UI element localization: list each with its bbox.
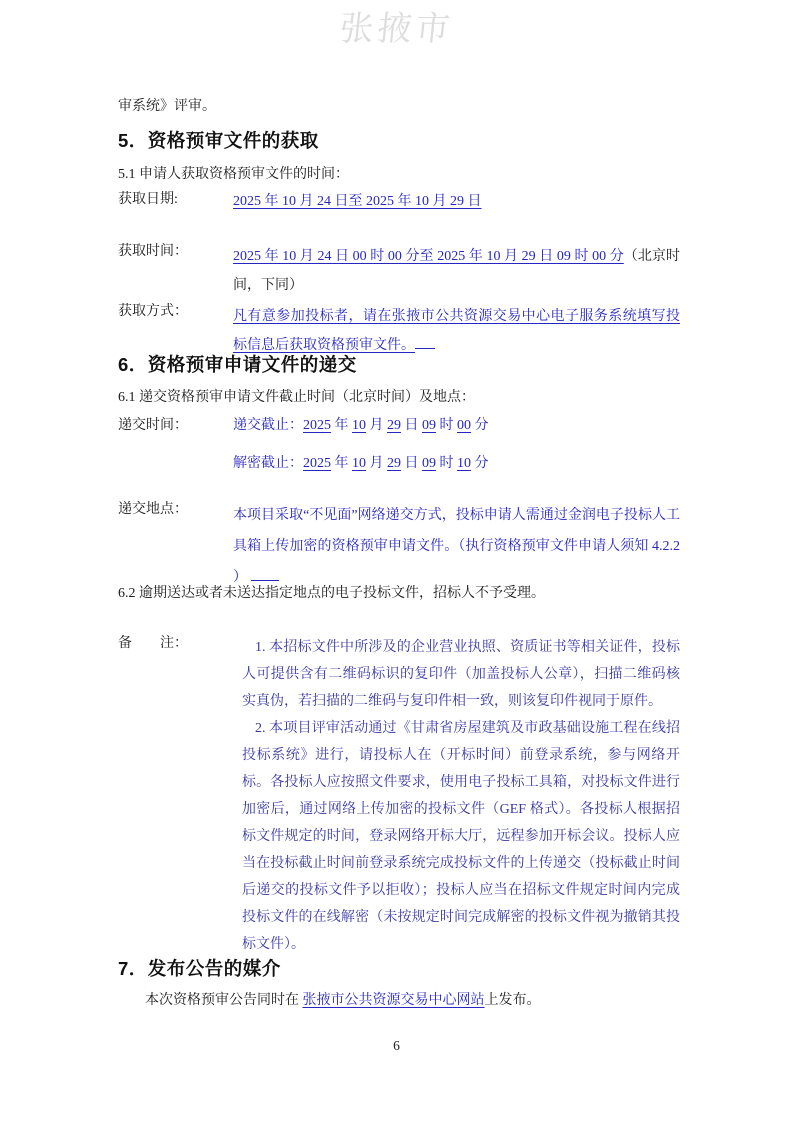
acquire-date-row: 获取日期: 2025 年 10 月 24 日至 2025 年 10 月 29 日 [118, 190, 680, 210]
remarks-label: 备 注： [118, 634, 242, 654]
remarks-row: 备 注： 1. 本招标文件中所涉及的企业营业执照、资质证书等相关证件，投标人可提… [118, 634, 680, 958]
acquire-date-label: 获取日期: [118, 190, 233, 210]
section-5-heading: 5．资格预审文件的获取 [118, 129, 319, 153]
deadline-segment: 09 [422, 456, 436, 471]
deadline-segment: 10 [352, 418, 366, 433]
deadline-segment: 月 [366, 418, 387, 433]
page-number: 6 [0, 1038, 793, 1054]
acquire-time-row: 获取时间： 2025 年 10 月 24 日 00 时 00 分至 2025 年… [118, 242, 680, 300]
submit-deadline-row: 递交时间： 递交截止：2025 年 10 月 29 日 09 时 00 分 [118, 416, 680, 436]
deadline-segment: 29 [387, 456, 401, 471]
acquire-date-range: 2025 年 10 月 24 日至 2025 年 10 月 29 日 [233, 194, 482, 209]
deadline-segment: 日 [401, 456, 422, 471]
remarks-list: 1. 本招标文件中所涉及的企业营业执照、资质证书等相关证件，投标人可提供含有二维… [242, 634, 680, 958]
deadline-segment: 分 [471, 456, 489, 471]
submit-deadline-value: 递交截止：2025 年 10 月 29 日 09 时 00 分 [233, 416, 680, 436]
deadline-segment: 日 [401, 418, 422, 433]
deadline-segment: 年 [331, 456, 352, 471]
acquire-method-text: 凡有意参加投标者，请在张掖市公共资源交易中心电子服务系统填写投标信息后获取资格预… [233, 309, 680, 353]
watermark-text: 张掖市 [0, 10, 793, 50]
remark-item: 1. 本招标文件中所涉及的企业营业执照、资质证书等相关证件，投标人可提供含有二维… [242, 634, 680, 715]
deadline-segment: 分 [471, 418, 489, 433]
deadline-segment: 10 [457, 456, 471, 471]
deadline-segment: 时 [436, 418, 457, 433]
intro-line: 审系统》评审。 [118, 97, 216, 117]
submit-location-label: 递交地点： [118, 500, 233, 520]
trade-center-website-link[interactable]: 张掖市公共资源交易中心网站 [303, 993, 485, 1008]
section-5-1-subheading: 5.1 申请人获取资格预审文件的时间： [118, 165, 349, 185]
acquire-time-range: 2025 年 10 月 24 日 00 时 00 分至 2025 年 10 月 … [233, 249, 624, 264]
acquire-time-value: 2025 年 10 月 24 日 00 时 00 分至 2025 年 10 月 … [233, 242, 680, 300]
deadline-segment: 月 [366, 456, 387, 471]
deadline-segment: 时 [436, 456, 457, 471]
acquire-date-value: 2025 年 10 月 24 日至 2025 年 10 月 29 日 [233, 190, 680, 210]
deadline-segment: 09 [422, 418, 436, 433]
section-7-text-suffix: 上发布。 [485, 993, 541, 1008]
decrypt-deadline-row: 解密截止：2025 年 10 月 29 日 09 时 10 分 [118, 454, 680, 474]
acquire-method-label: 获取方式： [118, 302, 233, 322]
acquire-time-label: 获取时间： [118, 242, 233, 262]
section-6-heading: 6．资格预审申请文件的递交 [118, 353, 357, 377]
decrypt-deadline-value: 解密截止：2025 年 10 月 29 日 09 时 10 分 [233, 454, 680, 474]
submit-location-row: 递交地点： 本项目采取“不见面”网络递交方式，投标申请人需通过金润电子投标人工具… [118, 500, 680, 593]
section-7-heading: 7．发布公告的媒介 [118, 957, 281, 981]
document-page: 张掖市 审系统》评审。 5．资格预审文件的获取 5.1 申请人获取资格预审文件的… [0, 0, 793, 1122]
clause-6-2: 6.2 逾期送达或者未送达指定地点的电子投标文件，招标人不予受理。 [118, 584, 545, 604]
submit-time-label: 递交时间： [118, 416, 233, 436]
deadline-segment: 2025 [303, 418, 331, 433]
acquire-method-value: 凡有意参加投标者，请在张掖市公共资源交易中心电子服务系统填写投标信息后获取资格预… [233, 302, 680, 360]
section-7-text-prefix: 本次资格预审公告同时在 [145, 993, 303, 1008]
deadline-segment: 年 [331, 418, 352, 433]
deadline-segment: 29 [387, 418, 401, 433]
remark-item: 2. 本项目评审活动通过《甘肃省房屋建筑及市政基础设施工程在线招投标系统》进行，… [242, 715, 680, 958]
acquire-method-row: 获取方式： 凡有意参加投标者，请在张掖市公共资源交易中心电子服务系统填写投标信息… [118, 302, 680, 360]
section-6-1-subheading: 6.1 递交资格预审申请文件截止时间（北京时间）及地点： [118, 388, 475, 408]
deadline-segment: 递交截止： [233, 418, 303, 433]
deadline-segment: 10 [352, 456, 366, 471]
submit-location-text: 本项目采取“不见面”网络递交方式，投标申请人需通过金润电子投标人工具箱上传加密的… [233, 508, 680, 585]
blank-underline [415, 335, 435, 349]
blank-underline [251, 567, 279, 581]
deadline-segment: 解密截止： [233, 456, 303, 471]
deadline-segment: 2025 [303, 456, 331, 471]
section-7-body: 本次资格预审公告同时在 张掖市公共资源交易中心网站上发布。 [145, 991, 541, 1011]
submit-location-value: 本项目采取“不见面”网络递交方式，投标申请人需通过金润电子投标人工具箱上传加密的… [233, 500, 680, 593]
deadline-segment: 00 [457, 418, 471, 433]
